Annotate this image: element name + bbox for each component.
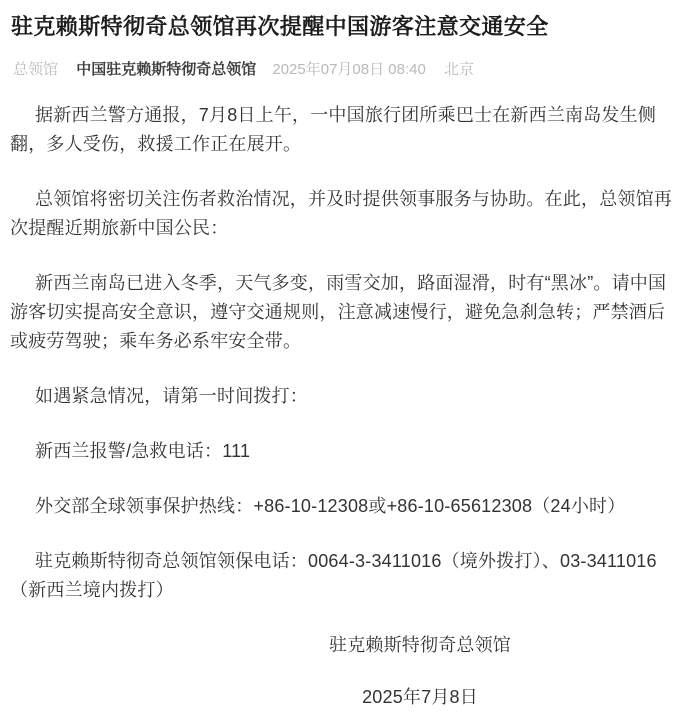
paragraph-emergency-intro: 如遇紧急情况，请第一时间拨打： xyxy=(0,382,690,411)
article-signature-date: 2025年7月8日 xyxy=(0,683,690,712)
meta-location: 北京 xyxy=(444,61,474,78)
article-meta: 总领馆 中国驻克赖斯特彻奇总领馆 2025年07月08日 08:40 北京 xyxy=(13,60,680,80)
article-page: 驻克赖斯特彻奇总领馆再次提醒中国游客注意交通安全 总领馆 中国驻克赖斯特彻奇总领… xyxy=(0,0,690,712)
paragraph-consulate-response: 总领馆将密切关注伤者救治情况，并及时提供领事服务与协助。在此，总领馆再次提醒近期… xyxy=(0,185,690,243)
paragraph-safety-advice: 新西兰南岛已进入冬季，天气多变，雨雪交加，路面湿滑，时有“黑冰”。请中国游客切实… xyxy=(0,269,690,356)
paragraph-incident-report: 据新西兰警方通报，7月8日上午，一中国旅行团所乘巴士在新西兰南岛发生侧翻，多人受… xyxy=(0,101,690,159)
meta-datetime: 2025年07月08日 08:40 xyxy=(272,61,425,78)
meta-source: 中国驻克赖斯特彻奇总领馆 xyxy=(76,61,256,78)
paragraph-consulate-hotline: 驻克赖斯特彻奇总领馆领保电话：0064-3-3411016（境外拨打）、03-3… xyxy=(0,547,690,605)
meta-category: 总领馆 xyxy=(13,61,58,78)
article-body: 据新西兰警方通报，7月8日上午，一中国旅行团所乘巴士在新西兰南岛发生侧翻，多人受… xyxy=(0,101,690,712)
paragraph-mfa-hotline: 外交部全球领事保护热线：+86-10-12308或+86-10-65612308… xyxy=(0,492,690,521)
article-signature: 驻克赖斯特彻奇总领馆 xyxy=(0,631,690,660)
article-title: 驻克赖斯特彻奇总领馆再次提醒中国游客注意交通安全 xyxy=(11,12,680,42)
paragraph-nz-emergency-number: 新西兰报警/急救电话：111 xyxy=(0,437,690,466)
